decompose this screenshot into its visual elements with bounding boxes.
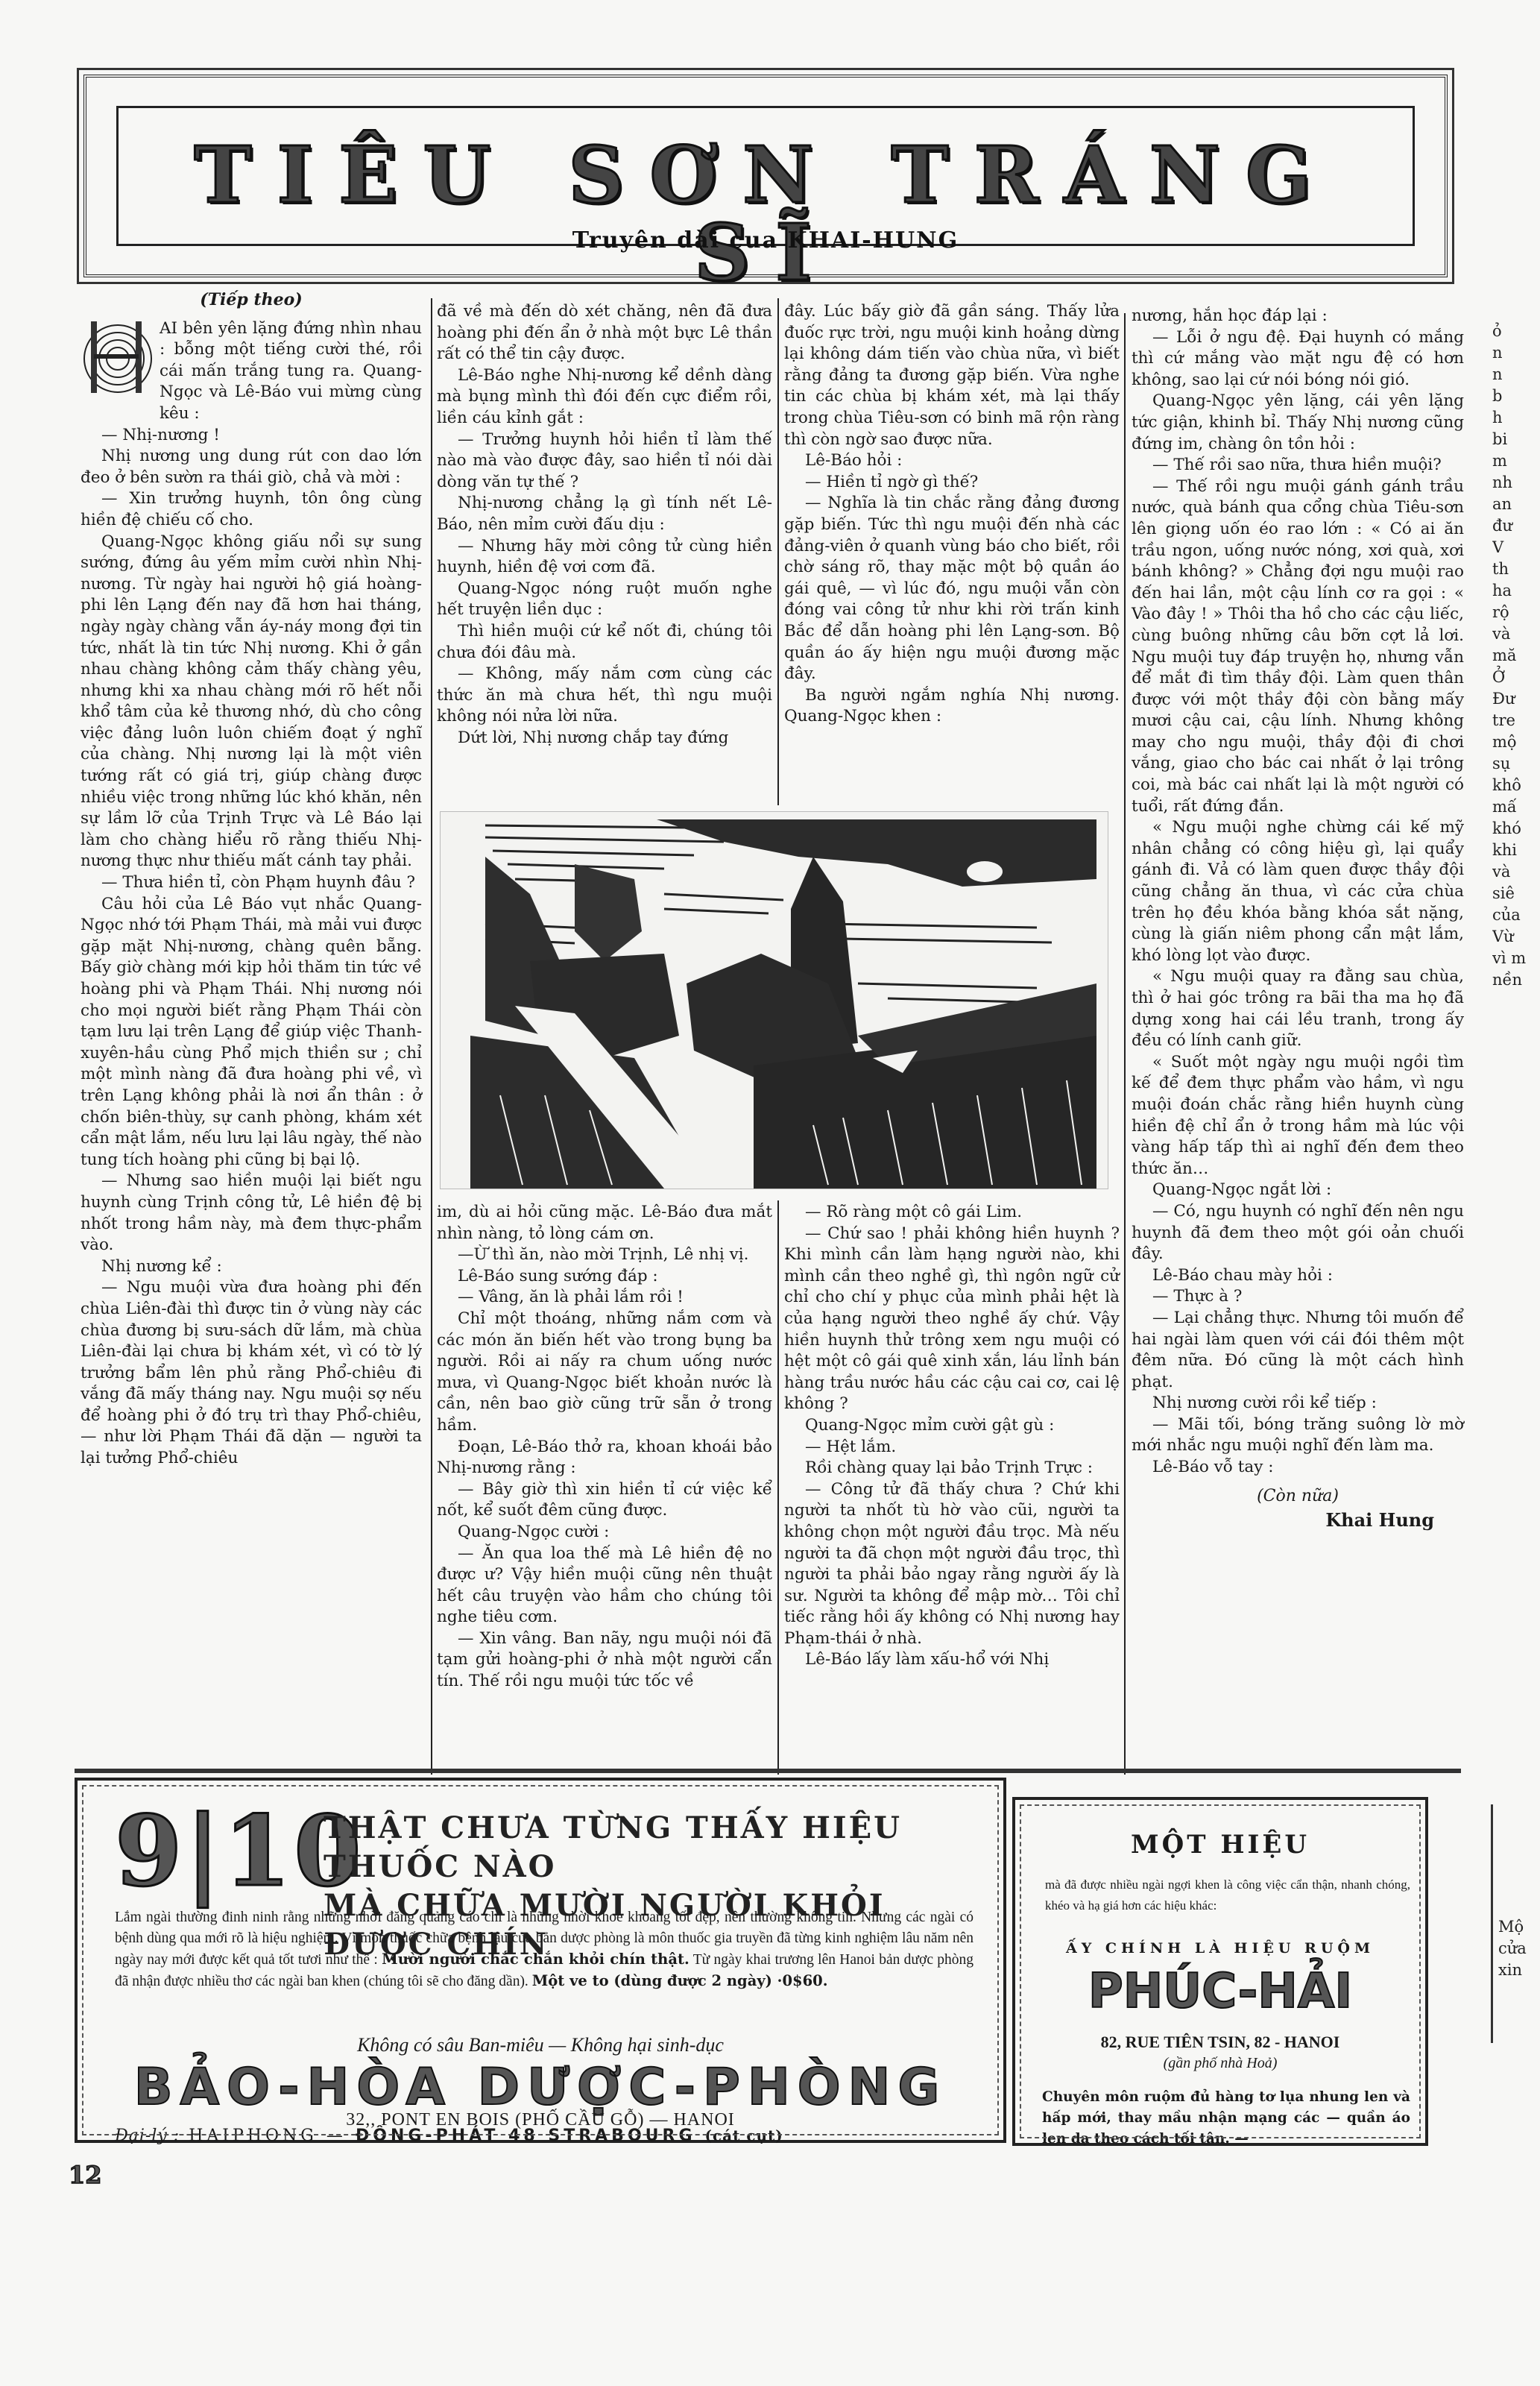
- paragraph: — Chứ sao ! phải không hiền huynh ? Khi …: [784, 1224, 1120, 1415]
- paragraph: — Nhưng sao hiền muội lại biết ngu huynh…: [81, 1171, 422, 1256]
- paragraph: Nhị nương cười rồi kể tiếp :: [1132, 1393, 1464, 1414]
- ad-headline-line-2: MÀ CHỮA MƯỜI NGƯỜI KHỎI ĐƯỢC CHÍN: [324, 1886, 973, 1964]
- paragraph: AI bên yên lặng đứng nhìn nhau : bỗng mộ…: [160, 318, 422, 425]
- article-column-3-top: đây. Lúc bấy giờ đã gần sáng. Thấy lửa đ…: [784, 301, 1120, 728]
- paragraph: Chỉ một thoáng, những nắm cơm và các món…: [437, 1309, 772, 1437]
- adjacent-page-bleed-lower: Mộ cửa xin: [1498, 1916, 1540, 1981]
- ad-body-text: Lắm ngài thường đinh ninh rằng những nhờ…: [115, 1907, 973, 1992]
- article-column-2-bottom: im, dù ai hỏi cũng mặc. Lê-Báo đưa mắt n…: [437, 1202, 772, 1693]
- paragraph: — Rõ ràng một cô gái Lim.: [784, 1202, 1120, 1224]
- paragraph: — Lỗi ở ngu đệ. Đại huynh có mắng thì cứ…: [1132, 327, 1464, 391]
- dropcap-h-icon: [81, 321, 152, 393]
- temple-landscape-icon: [441, 812, 1108, 1189]
- ad-intro: mà đã được nhiều ngài ngợi khen là công …: [1045, 1875, 1410, 1916]
- paragraph: — Thưa hiền tỉ, còn Phạm huynh đâu ?: [81, 872, 422, 894]
- pharmacy-advertisement: 9|10 THẬT CHƯA TỪNG THẤY HIỆU THUỐC NÀO …: [75, 1778, 1006, 2143]
- article-column-2-top: đã về mà đến dò xét chăng, nên đã đưa ho…: [437, 301, 772, 749]
- pharmacy-address: 32,, PONT EN BOIS (PHỐ CẦU GỖ) — HANOI: [78, 2110, 1003, 2130]
- ad-subheading: ẤY CHÍNH LÀ HIỆU RUỘM: [1015, 1940, 1425, 1957]
- dyer-address: 82, RUE TIÊN TSIN, 82 - HANOI: [1015, 2033, 1425, 2052]
- paragraph: Quang-Ngọc mỉm cười gật gù :: [784, 1415, 1120, 1437]
- paragraph: Nhị nương kể :: [81, 1256, 422, 1278]
- paragraph: « Ngu muội quay ra đằng sau chùa, thì ở …: [1132, 966, 1464, 1051]
- paragraph: — Công tử đã thấy chưa ? Chứ khi người t…: [784, 1479, 1120, 1650]
- pharmacy-agent-line: Đại-lý : HAIPHONG — ĐÔNG-PHÁT 48 STRABOU…: [115, 2127, 973, 2145]
- paragraph: Nhị-nương chẳng lạ gì tính nết Lê-Báo, n…: [437, 493, 772, 535]
- paragraph: — Hệt lắm.: [784, 1437, 1120, 1458]
- paragraph: Quang-Ngọc yên lặng, cái yên lặng tức gi…: [1132, 391, 1464, 455]
- paragraph: — Không, mấy nắm cơm cùng các thức ăn mà…: [437, 664, 772, 728]
- paragraph: đã về mà đến dò xét chăng, nên đã đưa ho…: [437, 301, 772, 365]
- paragraph: Quang-Ngọc cười :: [437, 1522, 772, 1543]
- story-byline: Truyên dài cua KHAI-HUNG: [119, 227, 1413, 254]
- column-divider: [1124, 313, 1126, 1775]
- paragraph: Lê-Báo chau mày hỏi :: [1132, 1265, 1464, 1287]
- paragraph: im, dù ai hỏi cũng mặc. Lê-Báo đưa mắt n…: [437, 1202, 772, 1244]
- ad-claim: Mười người chắc chắn khỏi chín thật.: [382, 1951, 689, 1968]
- adjacent-page-frame: [1491, 1804, 1493, 2043]
- paragraph: — Trưởng huynh hỏi hiền tỉ làm thế nào m…: [437, 429, 772, 494]
- paragraph: Lê-Báo sung sướng đáp :: [437, 1266, 772, 1288]
- paragraph: — Nghĩa là tin chắc rằng đảng đương gặp …: [784, 493, 1120, 684]
- story-title: TIÊU SƠN TRÁNG SĨ: [119, 136, 1413, 292]
- ad-title: MỘT HIỆU: [1015, 1830, 1425, 1860]
- author-signature: Khai Hung: [1132, 1510, 1464, 1532]
- to-be-continued-label: (Còn nữa): [1132, 1486, 1464, 1508]
- column-divider: [431, 298, 432, 1775]
- paragraph: Dứt lời, Nhị nương chắp tay đứng: [437, 728, 772, 749]
- paragraph: — Ngu muội vừa đưa hoàng phi đến chùa Li…: [81, 1277, 422, 1469]
- paragraph: Thì hiền muội cứ kể nốt đi, chúng tôi ch…: [437, 621, 772, 664]
- title-banner: TIÊU SƠN TRÁNG SĨ Truyên dài cua KHAI-HU…: [83, 75, 1448, 277]
- adjacent-page-bleed-upper: ỏ nn b h bi m nh anđư Vth harộ vàmă ỞĐư …: [1492, 321, 1540, 991]
- paragraph: — Ăn qua loa thế mà Lê hiền đệ no được ư…: [437, 1543, 772, 1628]
- column-divider: [777, 298, 779, 805]
- paragraph: đây. Lúc bấy giờ đã gần sáng. Thấy lửa đ…: [784, 301, 1120, 450]
- continued-from-label: (Tiếp theo): [81, 289, 422, 311]
- paragraph: Lê-Báo lấy làm xấu-hổ với Nhị: [784, 1649, 1120, 1671]
- paragraph: Quang-Ngọc không giấu nổi sự sung sướng,…: [81, 532, 422, 873]
- paragraph: « Ngu muội nghe chừng cái kế mỹ nhân chẳ…: [1132, 817, 1464, 966]
- ad-headline: THẬT CHƯA TỪNG THẤY HIỆU THUỐC NÀO MÀ CH…: [324, 1809, 973, 1964]
- paragraph: Lê-Báo hỏi :: [784, 450, 1120, 472]
- paragraph: — Thực à ?: [1132, 1286, 1464, 1308]
- opening-paragraph: AI bên yên lặng đứng nhìn nhau : bỗng mộ…: [81, 318, 422, 425]
- woodcut-illustration: [440, 811, 1108, 1189]
- paragraph: — Mãi tối, bóng trăng suông lờ mờ mới nh…: [1132, 1414, 1464, 1457]
- ad-headline-line-1: THẬT CHƯA TỪNG THẤY HIỆU THUỐC NÀO: [324, 1809, 973, 1886]
- paragraph: — Bây giờ thì xin hiền tỉ cứ việc kể nốt…: [437, 1479, 772, 1522]
- paragraph: — Xin vâng. Ban nãy, ngu muội nói đã tạm…: [437, 1628, 772, 1693]
- paragraph: Nhị nương ung dung rút con dao lớn đeo ở…: [81, 446, 422, 488]
- nine-of-ten-graphic: 9|10: [115, 1803, 365, 1900]
- paragraph: Đoạn, Lê-Báo thở ra, khoan khoái bảo Nhị…: [437, 1437, 772, 1479]
- section-divider: [75, 1769, 1461, 1773]
- dyer-location-note: (gần phố nhà Hoả): [1015, 2055, 1425, 2072]
- paragraph: — Lại chẳng thực. Nhưng tôi muốn để hai …: [1132, 1308, 1464, 1393]
- paragraph: Lê-Báo nghe Nhị-nương kể dềnh dàng mà bụ…: [437, 365, 772, 429]
- paragraph: — Nhị-nương !: [81, 425, 422, 447]
- dyer-brand-name: PHÚC-HẢI: [1015, 1965, 1425, 2018]
- paragraph: nương, hắn học đáp lại :: [1132, 306, 1464, 327]
- paragraph: — Thế rồi ngu muội gánh gánh trầu nước, …: [1132, 476, 1464, 818]
- paragraph: — Hiền tỉ ngờ gì thế?: [784, 472, 1120, 494]
- paragraph: — Có, ngu huynh có nghĩ đến nên ngu huyn…: [1132, 1201, 1464, 1265]
- paragraph: Câu hỏi của Lê Báo vụt nhắc Quang-Ngọc n…: [81, 894, 422, 1171]
- article-column-1: (Tiếp theo) AI bên yên lặng đứng nhìn nh…: [81, 289, 422, 1470]
- pharmacy-brand-name: BẢO-HÒA DƯỢC-PHÒNG: [107, 2062, 973, 2113]
- column-divider: [777, 1200, 779, 1775]
- paragraph: — Thế rồi sao nữa, thưa hiền muội?: [1132, 455, 1464, 476]
- dyer-advertisement: MỘT HIỆU mà đã được nhiều ngài ngợi khen…: [1012, 1797, 1428, 2146]
- paragraph: « Suốt một ngày ngu muội ngồi tìm kế để …: [1132, 1052, 1464, 1180]
- ad-price: Một ve to (dùng được 2 ngày) ·0$60.: [532, 1972, 828, 1989]
- paragraph: — Vâng, ăn là phải lắm rồi !: [437, 1287, 772, 1309]
- paragraph: Lê-Báo vỗ tay :: [1132, 1457, 1464, 1479]
- article-column-3-bottom: — Rõ ràng một cô gái Lim. — Chứ sao ! ph…: [784, 1202, 1120, 1671]
- paragraph: Rồi chàng quay lại bảo Trịnh Trực :: [784, 1458, 1120, 1479]
- paragraph: Ba người ngắm nghía Nhị nương. Quang-Ngọ…: [784, 685, 1120, 728]
- article-column-4: nương, hắn học đáp lại : — Lỗi ở ngu đệ.…: [1132, 306, 1464, 1532]
- paragraph: — Xin trưởng huynh, tôn ông cùng hiền đệ…: [81, 488, 422, 531]
- page-number: 12: [69, 2161, 102, 2189]
- paragraph: Quang-Ngọc ngắt lời :: [1132, 1180, 1464, 1201]
- paragraph: —Ừ thì ăn, nào mời Trịnh, Lê nhị vị.: [437, 1244, 772, 1266]
- paragraph: — Nhưng hãy mời công tử cùng hiền huynh,…: [437, 536, 772, 579]
- ad-tagline: Không có sâu Ban-miêu — Không hại sinh-d…: [78, 2034, 1003, 2056]
- paragraph: Quang-Ngọc nóng ruột muốn nghe hết truyệ…: [437, 579, 772, 621]
- dyer-description: Chuyên môn ruộm đủ hàng tơ lụa nhung len…: [1042, 2087, 1410, 2150]
- title-banner-inner-frame: TIÊU SƠN TRÁNG SĨ Truyên dài cua KHAI-HU…: [116, 106, 1415, 246]
